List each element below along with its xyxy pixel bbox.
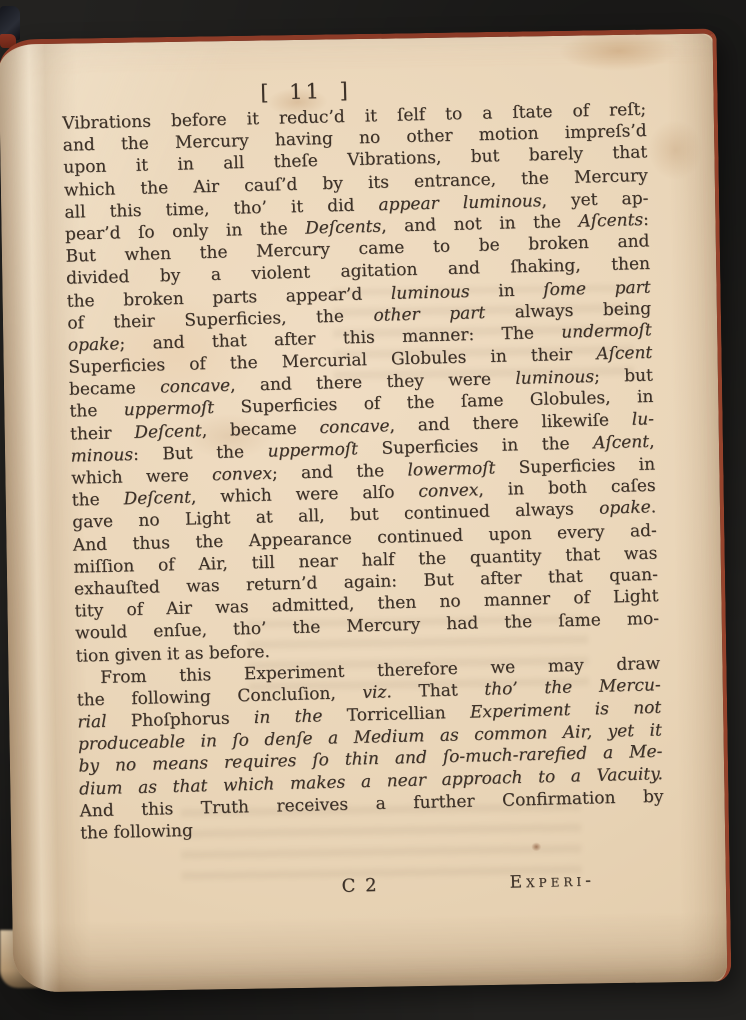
catchword: Experi- — [509, 871, 595, 893]
text-block: [ 11 ] Vibrations before it reduc’d it ſ… — [61, 71, 666, 909]
stain — [648, 120, 703, 181]
stain — [559, 30, 680, 72]
signature-mark: C 2 — [341, 875, 378, 897]
page-footer: C 2 Experi- — [81, 868, 665, 909]
body-lines: Vibrations before it reduc’d it ſelf to … — [62, 98, 664, 845]
book-page: [ 11 ] Vibrations before it reduc’d it ſ… — [0, 28, 731, 992]
photo-canvas: { "colors": { "background": "#232220", "… — [0, 0, 746, 1020]
